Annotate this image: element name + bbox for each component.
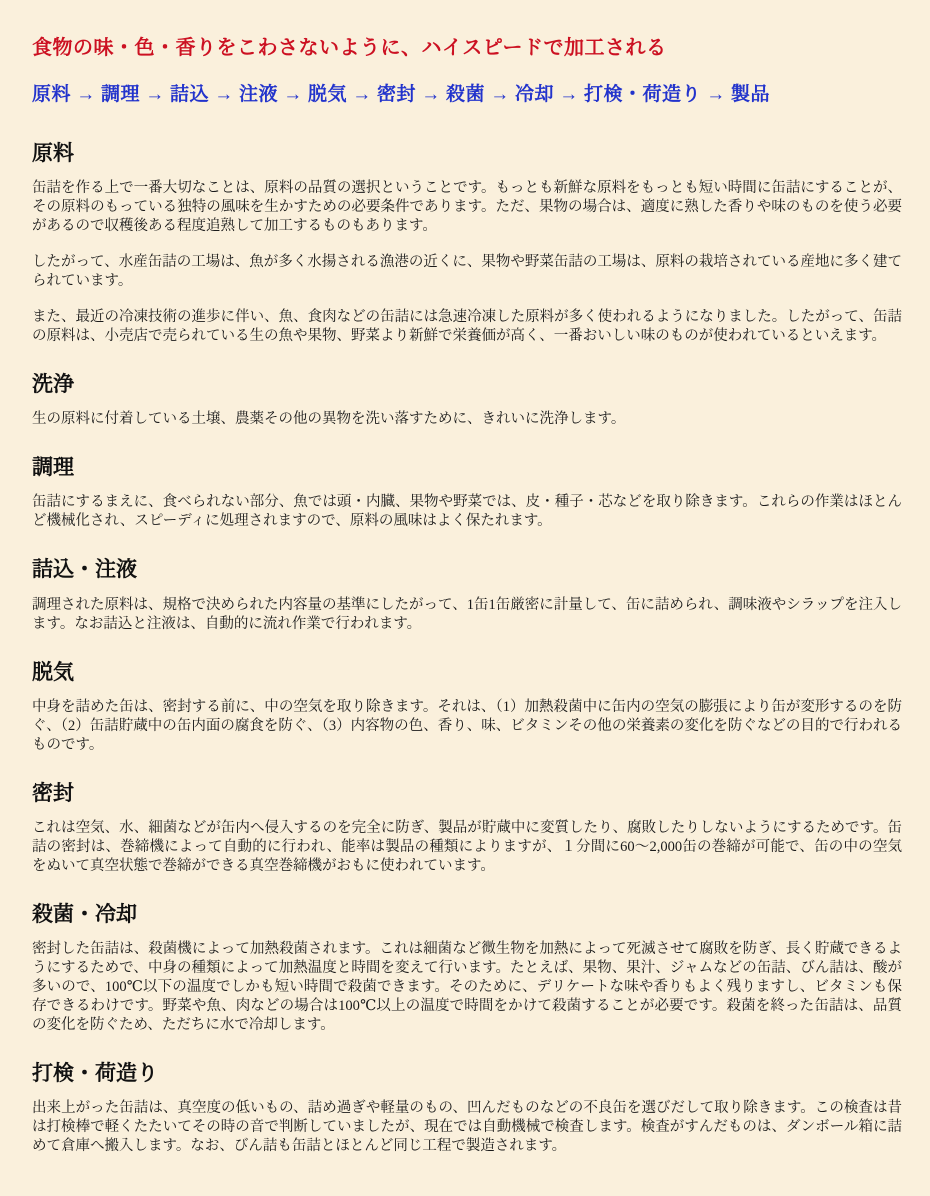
section-paragraph: 出来上がった缶詰は、真空度の低いもの、詰め過ぎや軽量のもの、凹んだものなどの不良… [32,1099,902,1156]
section-heading-inspection-packing: 打検・荷造り [32,1061,902,1086]
section-paragraph: 缶詰にするまえに、食べられない部分、魚では頭・内臓、果物や野菜では、皮・種子・芯… [32,493,902,531]
section-sealing: 密封 これは空気、水、細菌などが缶内へ侵入するのを完全に防ぎ、製品が貯蔵中に変質… [32,781,902,876]
section-paragraph: 密封した缶詰は、殺菌機によって加熱殺菌されます。これは細菌など微生物を加熱によっ… [32,940,902,1035]
document-page: 食物の味・色・香りをこわさないように、ハイスピードで加工される 原料 → 調理 … [0,0,930,1196]
section-washing: 洗浄 生の原料に付着している土壌、農薬その他の異物を洗い落すために、きれいに洗浄… [32,372,902,429]
process-flow-text: 原料 → 調理 → 詰込 → 注液 → 脱気 → 密封 → 殺菌 → 冷却 → … [32,84,770,105]
section-filling-syruping: 詰込・注液 調理された原料は、規格で決められた内容量の基準にしたがって、1缶1缶… [32,557,902,633]
section-paragraph: これは空気、水、細菌などが缶内へ侵入するのを完全に防ぎ、製品が貯蔵中に変質したり… [32,819,902,876]
page-title: 食物の味・色・香りをこわさないように、ハイスピードで加工される [32,36,902,60]
section-paragraph: 生の原料に付着している土壌、農薬その他の異物を洗い落すために、きれいに洗浄します… [32,410,902,429]
section-paragraph: 中身を詰めた缶は、密封する前に、中の空気を取り除きます。それは、（1）加熱殺菌中… [32,698,902,755]
section-paragraph: したがって、水産缶詰の工場は、魚が多く水揚される漁港の近くに、果物や野菜缶詰の工… [32,253,902,291]
section-sterilizing-cooling: 殺菌・冷却 密封した缶詰は、殺菌機によって加熱殺菌されます。これは細菌など微生物… [32,902,902,1035]
section-paragraph: 調理された原料は、規格で決められた内容量の基準にしたがって、1缶1缶厳密に計量し… [32,596,902,634]
section-cooking: 調理 缶詰にするまえに、食べられない部分、魚では頭・内臓、果物や野菜では、皮・種… [32,455,902,531]
section-paragraph: 缶詰を作る上で一番大切なことは、原料の品質の選択ということです。もっとも新鮮な原… [32,179,902,236]
section-heading-cooking: 調理 [32,455,902,480]
section-raw-material: 原料 缶詰を作る上で一番大切なことは、原料の品質の選択ということです。もっとも新… [32,141,902,346]
process-flow: 原料 → 調理 → 詰込 → 注液 → 脱気 → 密封 → 殺菌 → 冷却 → … [32,84,902,107]
section-heading-filling-syruping: 詰込・注液 [32,557,902,582]
section-heading-raw-material: 原料 [32,141,902,166]
section-heading-washing: 洗浄 [32,372,902,397]
section-heading-exhausting: 脱気 [32,660,902,685]
section-heading-sealing: 密封 [32,781,902,806]
section-inspection-packing: 打検・荷造り 出来上がった缶詰は、真空度の低いもの、詰め過ぎや軽量のもの、凹んだ… [32,1061,902,1156]
section-heading-sterilizing-cooling: 殺菌・冷却 [32,902,902,927]
section-paragraph: また、最近の冷凍技術の進歩に伴い、魚、食肉などの缶詰には急速冷凍した原料が多く使… [32,308,902,346]
section-exhausting: 脱気 中身を詰めた缶は、密封する前に、中の空気を取り除きます。それは、（1）加熱… [32,660,902,755]
